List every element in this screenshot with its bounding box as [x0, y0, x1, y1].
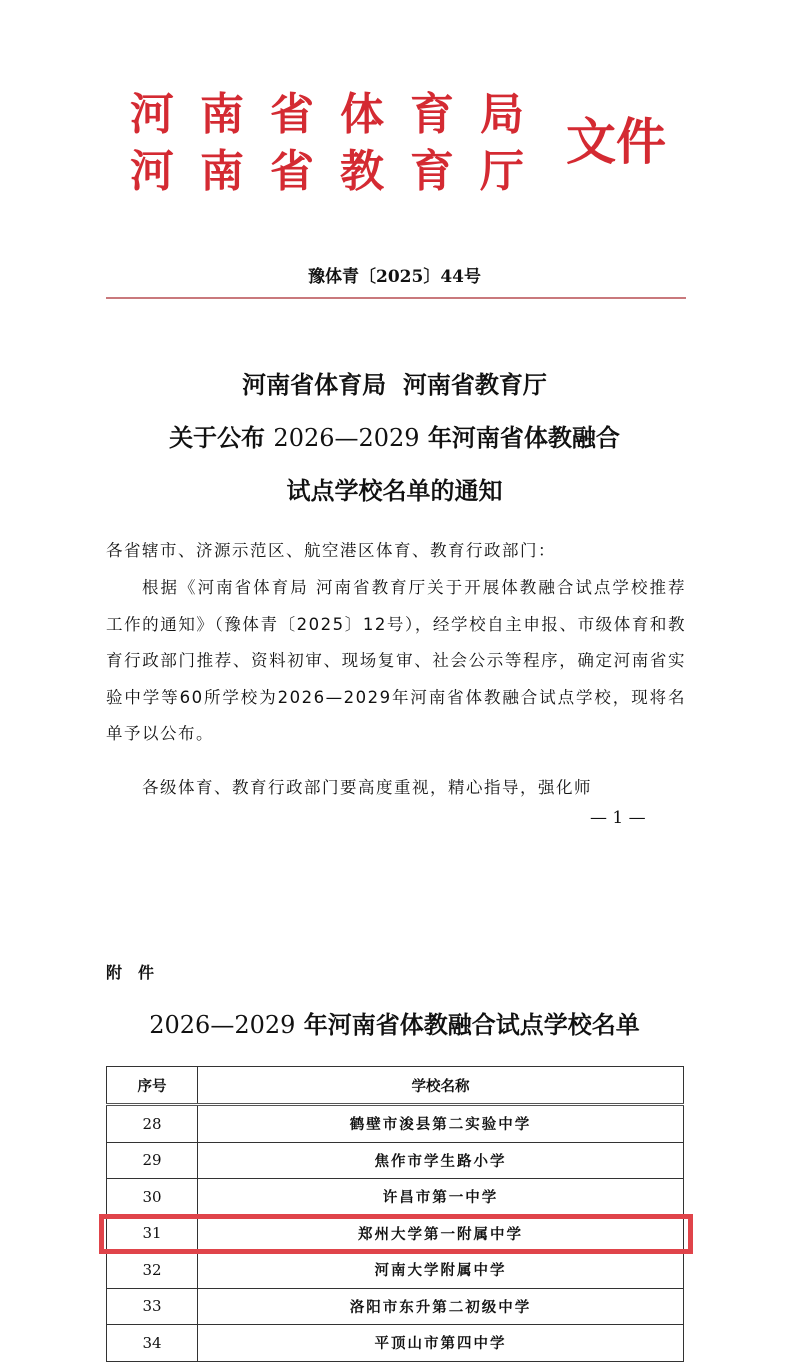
- table-row: 34 平顶山市第四中学: [107, 1325, 684, 1362]
- masthead-char: 南: [200, 90, 270, 140]
- row-school-name: 平顶山市第四中学: [198, 1325, 684, 1362]
- masthead-sports-bureau: 河 南 省 体 育 局: [130, 90, 550, 140]
- title-line-2: 关于公布 2026—2029 年河南省体教融合: [0, 423, 789, 453]
- title-line-3: 试点学校名单的通知: [0, 476, 789, 506]
- column-header-school-name: 学校名称: [198, 1067, 684, 1105]
- row-school-name: 焦作市学生路小学: [198, 1142, 684, 1179]
- row-school-name: 洛阳市东升第二初级中学: [198, 1288, 684, 1325]
- title-suffix: 年河南省体教融合: [420, 424, 620, 452]
- row-index: 28: [107, 1105, 198, 1143]
- table-row: 29 焦作市学生路小学: [107, 1142, 684, 1179]
- salutation: 各省辖市、济源示范区、航空港区体育、教育行政部门：: [106, 533, 686, 570]
- title-line-1: 河南省体育局 河南省教育厅: [0, 370, 789, 400]
- row-index: 29: [107, 1142, 198, 1179]
- table-row: 30 许昌市第一中学: [107, 1179, 684, 1216]
- masthead-char: 教: [340, 147, 410, 197]
- highlight-box: [99, 1214, 693, 1254]
- masthead-education-dept: 河 南 省 教 育 厅: [130, 147, 550, 197]
- masthead-char: 河: [130, 90, 200, 140]
- attachment-label: 附件: [106, 960, 170, 983]
- masthead-char: 育: [410, 147, 480, 197]
- column-header-index: 序号: [107, 1067, 198, 1105]
- row-school-name: 河南大学附属中学: [198, 1252, 684, 1289]
- row-index: 34: [107, 1325, 198, 1362]
- table-row: 28 鹤壁市浚县第二实验中学: [107, 1105, 684, 1143]
- masthead-char: 局: [480, 90, 550, 140]
- title-years: 2026—2029: [273, 424, 419, 452]
- masthead-char: 南: [200, 147, 270, 197]
- masthead-char: 河: [130, 147, 200, 197]
- table-header-row: 序号 学校名称: [107, 1067, 684, 1105]
- row-index: 33: [107, 1288, 198, 1325]
- masthead-char: 厅: [480, 147, 550, 197]
- table-row: 33 洛阳市东升第二初级中学: [107, 1288, 684, 1325]
- body-paragraph-1: 根据《河南省体育局 河南省教育厅关于开展体教融合试点学校推荐工作的通知》（豫体青…: [106, 570, 686, 753]
- row-school-name: 鹤壁市浚县第二实验中学: [198, 1105, 684, 1143]
- row-index: 32: [107, 1252, 198, 1289]
- masthead-char: 育: [410, 90, 480, 140]
- attachment-title-years: 2026—2029: [149, 1011, 295, 1039]
- masthead-suffix: 文件: [566, 112, 666, 172]
- row-school-name: 许昌市第一中学: [198, 1179, 684, 1216]
- masthead-char: 省: [270, 147, 340, 197]
- body-paragraph-2: 各级体育、教育行政部门要高度重视，精心指导，强化师: [106, 770, 686, 807]
- title-prefix: 关于公布: [169, 424, 273, 452]
- masthead-char: 省: [270, 90, 340, 140]
- attachment-title: 2026—2029 年河南省体教融合试点学校名单: [0, 1005, 789, 1045]
- page-number: — 1 —: [590, 808, 646, 828]
- red-divider: [106, 297, 686, 299]
- attachment-title-text: 年河南省体教融合试点学校名单: [304, 1011, 640, 1039]
- document-number: 豫体青〔2025〕44号: [0, 262, 789, 287]
- masthead-char: 体: [340, 90, 410, 140]
- row-index: 30: [107, 1179, 198, 1216]
- table-row: 32 河南大学附属中学: [107, 1252, 684, 1289]
